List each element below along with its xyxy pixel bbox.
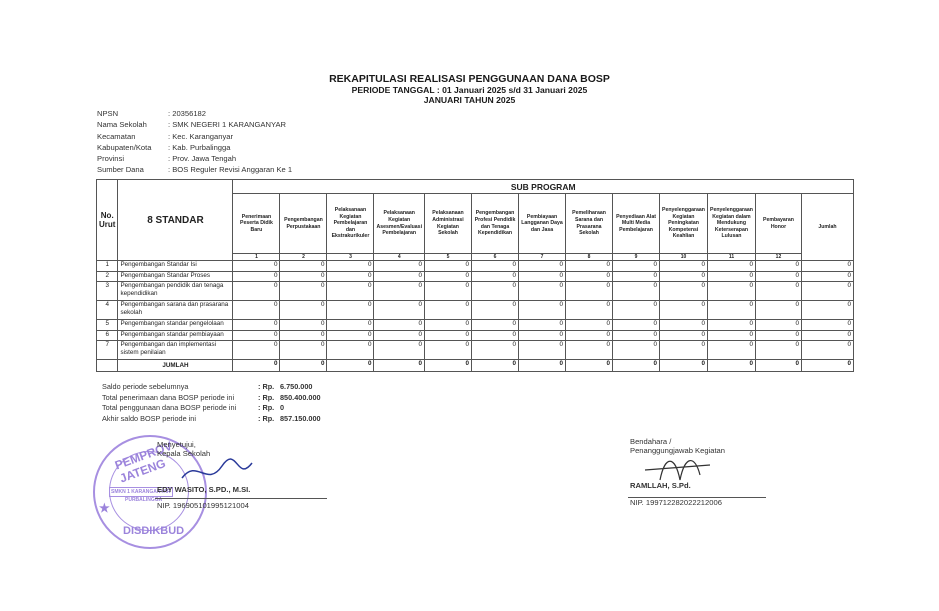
summary-label: Akhir saldo BOSP periode ini	[102, 414, 258, 425]
cell-value: 0	[233, 341, 280, 360]
column-header: Penyediaan Alat Multi Media Pembelajaran	[613, 194, 660, 254]
row-standar-name: Pengembangan sarana dan prasarana sekola…	[118, 301, 233, 320]
cell-value: 0	[519, 271, 566, 282]
cell-value: 0	[707, 271, 755, 282]
cell-value: 0	[707, 301, 755, 320]
table-row: 7Pengembangan dan implementasi sistem pe…	[97, 341, 854, 360]
table-row: 4Pengembangan sarana dan prasarana sekol…	[97, 301, 854, 320]
cell-value: 0	[707, 341, 755, 360]
cell-value: 0	[280, 282, 327, 301]
cell-value: 0	[707, 320, 755, 331]
cell-value: 0	[280, 261, 327, 272]
cell-value: 0	[519, 301, 566, 320]
treasurer-label: Bendahara /	[630, 437, 725, 446]
summary-row: Total penerimaan dana BOSP periode ini: …	[102, 393, 321, 404]
cell-value: 0	[613, 341, 660, 360]
cell-value: 0	[280, 330, 327, 341]
info-label: Sumber Dana	[97, 165, 168, 176]
total-value: 0	[425, 360, 472, 372]
cell-value: 0	[425, 301, 472, 320]
row-number: 6	[97, 330, 118, 341]
row-standar-name: Pengembangan Standar Proses	[118, 271, 233, 282]
column-number: 5	[425, 254, 472, 261]
summary-row: Akhir saldo BOSP periode ini: Rp.857.150…	[102, 414, 321, 425]
cell-value: 0	[374, 282, 425, 301]
cell-value: 0	[519, 341, 566, 360]
column-number: 12	[755, 254, 801, 261]
principal-title: Kepala Sekolah	[157, 449, 257, 458]
table-row: 6Pengembangan standar pembiayaan00000000…	[97, 330, 854, 341]
jumlah-header: Jumlah	[801, 194, 853, 261]
table-row: 5Pengembangan standar pengelolaan0000000…	[97, 320, 854, 331]
cell-value: 0	[425, 341, 472, 360]
column-number: 6	[472, 254, 519, 261]
cell-value: 0	[233, 271, 280, 282]
row-standar-name: Pengembangan standar pengelolaan	[118, 320, 233, 331]
cell-value: 0	[472, 330, 519, 341]
column-number: 1	[233, 254, 280, 261]
row-total: 0	[801, 341, 853, 360]
row-number: 4	[97, 301, 118, 320]
cell-value: 0	[613, 301, 660, 320]
signature-icon	[640, 455, 720, 483]
info-value: : Kab. Purbalingga	[168, 143, 230, 154]
cell-value: 0	[327, 282, 374, 301]
cell-value: 0	[613, 282, 660, 301]
cell-value: 0	[566, 320, 613, 331]
cell-value: 0	[660, 330, 708, 341]
cell-value: 0	[280, 341, 327, 360]
cell-value: 0	[327, 261, 374, 272]
treasurer-title: Penanggungjawab Kegiatan	[630, 446, 725, 455]
column-number: 8	[566, 254, 613, 261]
cell-value: 0	[233, 261, 280, 272]
cell-value: 0	[327, 330, 374, 341]
row-standar-name: Pengembangan standar pembiayaan	[118, 330, 233, 341]
info-value: : BOS Reguler Revisi Anggaran Ke 1	[168, 165, 292, 176]
cell-value: 0	[613, 261, 660, 272]
principal-signature-block: Menyetujui, Kepala Sekolah EDY WASITO, S…	[157, 440, 257, 510]
cell-value: 0	[519, 320, 566, 331]
treasurer-signature-line	[628, 497, 766, 498]
summary-value: 850.400.000	[280, 393, 321, 404]
sub-program-header: SUB PROGRAM	[233, 180, 854, 194]
cell-value: 0	[374, 341, 425, 360]
cell-value: 0	[660, 301, 708, 320]
info-row: Sumber Dana: BOS Reguler Revisi Anggaran…	[97, 165, 292, 176]
cell-value: 0	[280, 301, 327, 320]
cell-value: 0	[472, 301, 519, 320]
info-value: : Kec. Karanganyar	[168, 132, 233, 143]
cell-value: 0	[566, 261, 613, 272]
cell-value: 0	[660, 271, 708, 282]
stamp-bottom-text: DISDIKBUD	[123, 525, 184, 537]
no-urut-header: No. Urut	[97, 180, 118, 261]
cell-value: 0	[425, 320, 472, 331]
cell-value: 0	[425, 261, 472, 272]
summary-value: 6.750.000	[280, 382, 312, 393]
info-row: Provinsi: Prov. Jawa Tengah	[97, 154, 292, 165]
cell-value: 0	[660, 282, 708, 301]
table-row: 1Pengembangan Standar Isi0000000000000	[97, 261, 854, 272]
cell-value: 0	[755, 341, 801, 360]
column-header: Pelaksanaan Kegiatan Pembelajaran dan Ek…	[327, 194, 374, 254]
total-value: 0	[472, 360, 519, 372]
cell-value: 0	[374, 261, 425, 272]
standar-header: 8 STANDAR	[118, 180, 233, 261]
row-total: 0	[801, 320, 853, 331]
stamp-star-icon: ★	[99, 501, 110, 515]
principal-nip: NIP. 196905101995121004	[157, 501, 257, 510]
cell-value: 0	[327, 341, 374, 360]
cell-value: 0	[755, 301, 801, 320]
column-number: 7	[519, 254, 566, 261]
cell-value: 0	[755, 282, 801, 301]
info-label: NPSN	[97, 109, 168, 120]
info-label: Kecamatan	[97, 132, 168, 143]
total-value: 0	[327, 360, 374, 372]
summary-row: Saldo periode sebelumnya: Rp.6.750.000	[102, 382, 321, 393]
cell-value: 0	[374, 320, 425, 331]
column-header: Pelaksanaan Kegiatan Asesmen/Evaluasi Pe…	[374, 194, 425, 254]
cell-value: 0	[472, 282, 519, 301]
cell-value: 0	[472, 271, 519, 282]
row-total: 0	[801, 271, 853, 282]
row-total: 0	[801, 282, 853, 301]
report-month: JANUARI TAHUN 2025	[0, 95, 939, 105]
total-value: 0	[233, 360, 280, 372]
total-row: JUMLAH0000000000000	[97, 360, 854, 372]
school-info: NPSN: 20356182Nama Sekolah: SMK NEGERI 1…	[97, 109, 292, 177]
cell-value: 0	[660, 261, 708, 272]
cell-value: 0	[519, 261, 566, 272]
cell-value: 0	[755, 271, 801, 282]
total-label: JUMLAH	[118, 360, 233, 372]
cell-value: 0	[519, 282, 566, 301]
column-header: Pembayaran Honor	[755, 194, 801, 254]
cell-value: 0	[566, 282, 613, 301]
info-label: Provinsi	[97, 154, 168, 165]
cell-value: 0	[566, 341, 613, 360]
cell-value: 0	[425, 282, 472, 301]
summary-value: 857.150.000	[280, 414, 321, 425]
cell-value: 0	[233, 320, 280, 331]
row-number: 3	[97, 282, 118, 301]
balance-summary: Saldo periode sebelumnya: Rp.6.750.000To…	[102, 382, 321, 424]
row-number: 5	[97, 320, 118, 331]
info-value: : 20356182	[168, 109, 206, 120]
info-row: Nama Sekolah: SMK NEGERI 1 KARANGANYAR	[97, 120, 292, 131]
summary-label: Saldo periode sebelumnya	[102, 382, 258, 393]
cell-value: 0	[613, 271, 660, 282]
cell-value: 0	[233, 282, 280, 301]
realization-table: No. Urut 8 STANDAR SUB PROGRAM Penerimaa…	[96, 179, 854, 372]
report-title: REKAPITULASI REALISASI PENGGUNAAN DANA B…	[0, 73, 939, 85]
cell-value: 0	[472, 261, 519, 272]
cell-value: 0	[233, 330, 280, 341]
info-row: NPSN: 20356182	[97, 109, 292, 120]
cell-value: 0	[755, 261, 801, 272]
summary-value: 0	[280, 403, 284, 414]
info-row: Kecamatan: Kec. Karanganyar	[97, 132, 292, 143]
cell-value: 0	[374, 301, 425, 320]
cell-value: 0	[374, 330, 425, 341]
total-value: 0	[566, 360, 613, 372]
info-value: : Prov. Jawa Tengah	[168, 154, 236, 165]
cell-value: 0	[755, 320, 801, 331]
column-number: 9	[613, 254, 660, 261]
column-header: Pelaksanaan Administrasi Kegiatan Sekola…	[425, 194, 472, 254]
total-value: 0	[374, 360, 425, 372]
total-value: 0	[707, 360, 755, 372]
column-header: Pembiayaan Langganan Daya dan Jasa	[519, 194, 566, 254]
column-header: Pengembangan Perpustakaan	[280, 194, 327, 254]
table-row: 2Pengembangan Standar Proses000000000000…	[97, 271, 854, 282]
row-total: 0	[801, 301, 853, 320]
summary-label: Total penggunaan dana BOSP periode ini	[102, 403, 258, 414]
info-row: Kabupaten/Kota: Kab. Purbalingga	[97, 143, 292, 154]
total-value: 0	[660, 360, 708, 372]
column-header: Penerimaan Peserta Didik Baru	[233, 194, 280, 254]
currency-label: : Rp.	[258, 382, 280, 393]
info-label: Kabupaten/Kota	[97, 143, 168, 154]
grand-total: 0	[801, 360, 853, 372]
cell-value: 0	[280, 320, 327, 331]
total-value: 0	[755, 360, 801, 372]
signature-icon	[177, 458, 257, 488]
row-total: 0	[801, 330, 853, 341]
cell-value: 0	[660, 320, 708, 331]
column-header: Penyelenggaraan Kegiatan Peningkatan Kom…	[660, 194, 708, 254]
cell-value: 0	[707, 282, 755, 301]
row-standar-name: Pengembangan dan implementasi sistem pen…	[118, 341, 233, 360]
total-empty-cell	[97, 360, 118, 372]
total-value: 0	[613, 360, 660, 372]
cell-value: 0	[472, 320, 519, 331]
cell-value: 0	[280, 271, 327, 282]
cell-value: 0	[327, 271, 374, 282]
column-number: 4	[374, 254, 425, 261]
column-header: Penyelenggaraan Kegiatan dalam Mendukung…	[707, 194, 755, 254]
report-period: PERIODE TANGGAL : 01 Januari 2025 s/d 31…	[0, 85, 939, 95]
row-standar-name: Pengembangan pendidik dan tenaga kependi…	[118, 282, 233, 301]
cell-value: 0	[472, 341, 519, 360]
column-number: 3	[327, 254, 374, 261]
row-number: 1	[97, 261, 118, 272]
cell-value: 0	[707, 261, 755, 272]
approval-label: Menyetujui,	[157, 440, 257, 449]
info-value: : SMK NEGERI 1 KARANGANYAR	[168, 120, 286, 131]
row-standar-name: Pengembangan Standar Isi	[118, 261, 233, 272]
summary-label: Total penerimaan dana BOSP periode ini	[102, 393, 258, 404]
column-number: 10	[660, 254, 708, 261]
row-total: 0	[801, 261, 853, 272]
cell-value: 0	[613, 330, 660, 341]
currency-label: : Rp.	[258, 393, 280, 404]
summary-row: Total penggunaan dana BOSP periode ini: …	[102, 403, 321, 414]
cell-value: 0	[566, 330, 613, 341]
currency-label: : Rp.	[258, 403, 280, 414]
currency-label: : Rp.	[258, 414, 280, 425]
principal-signature-line	[155, 498, 327, 499]
info-label: Nama Sekolah	[97, 120, 168, 131]
row-number: 7	[97, 341, 118, 360]
column-header: Pengembangan Profesi Pendidik dan Tenaga…	[472, 194, 519, 254]
cell-value: 0	[707, 330, 755, 341]
column-number: 2	[280, 254, 327, 261]
column-header: Pemeliharaan Sarana dan Prasarana Sekola…	[566, 194, 613, 254]
cell-value: 0	[233, 301, 280, 320]
column-number: 11	[707, 254, 755, 261]
cell-value: 0	[327, 320, 374, 331]
principal-name: EDY WASITO, S.PD., M.SI.	[157, 485, 257, 494]
row-number: 2	[97, 271, 118, 282]
cell-value: 0	[425, 330, 472, 341]
treasurer-nip: NIP. 199712282022212006	[630, 498, 725, 507]
cell-value: 0	[519, 330, 566, 341]
cell-value: 0	[374, 271, 425, 282]
table-row: 3Pengembangan pendidik dan tenaga kepend…	[97, 282, 854, 301]
cell-value: 0	[425, 271, 472, 282]
cell-value: 0	[566, 271, 613, 282]
total-value: 0	[280, 360, 327, 372]
cell-value: 0	[566, 301, 613, 320]
cell-value: 0	[755, 330, 801, 341]
cell-value: 0	[613, 320, 660, 331]
cell-value: 0	[327, 301, 374, 320]
cell-value: 0	[660, 341, 708, 360]
total-value: 0	[519, 360, 566, 372]
